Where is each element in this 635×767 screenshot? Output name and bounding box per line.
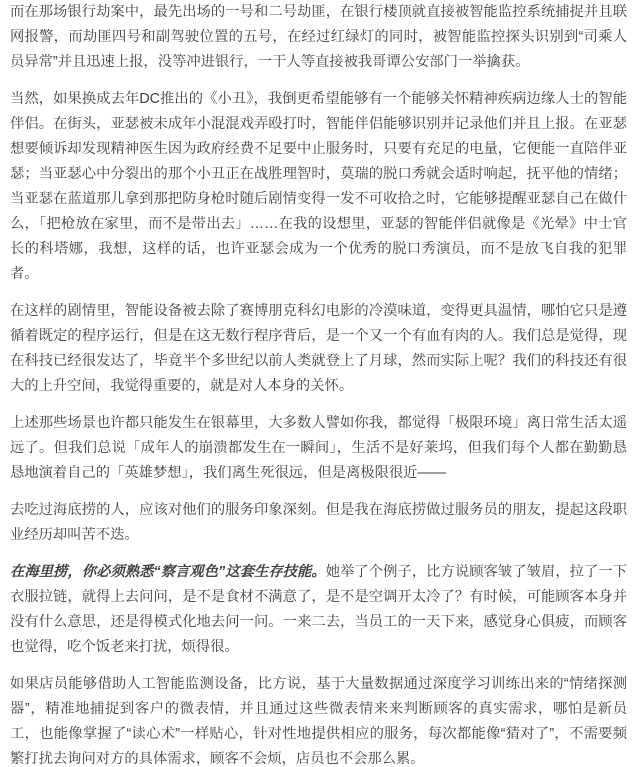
- paragraph-2: 当然，如果换成去年DC推出的《小丑》，我倒更希望能够有一个能够关怀精神疾病边缘人…: [10, 87, 627, 287]
- paragraph-6: 在海里捞，你必须熟悉“察言观色”这套生存技能。她举了个例子，比方说顾客皱了皱眉，…: [10, 560, 627, 660]
- page: { "page": { "background_color": "#ffffff…: [0, 0, 635, 767]
- article-body: 而在那场银行劫案中，最先出场的一号和二号劫匪，在银行楼顶就直接被智能监控系统捕捉…: [0, 0, 635, 767]
- paragraph-3: 在这样的剧情里，智能设备被去除了赛博朋克科幻电影的冷漠味道，变得更具温情，哪怕它…: [10, 299, 627, 399]
- paragraph-1: 而在那场银行劫案中，最先出场的一号和二号劫匪，在银行楼顶就直接被智能监控系统捕捉…: [10, 0, 627, 75]
- paragraph-6-bold-italic-lead: 在海里捞，你必须熟悉“察言观色”这套生存技能。: [10, 564, 326, 580]
- paragraph-4: 上述那些场景也许都只能发生在银幕里，大多数人譬如你我，都觉得「极限环境」离日常生…: [10, 411, 627, 486]
- paragraph-7: 如果店员能够借助人工智能监测设备，比方说，基于大量数据通过深度学习训练出来的“情…: [10, 672, 627, 767]
- paragraph-5: 去吃过海底捞的人，应该对他们的服务印象深刻。但是我在海底捞做过服务员的朋友，提起…: [10, 498, 627, 548]
